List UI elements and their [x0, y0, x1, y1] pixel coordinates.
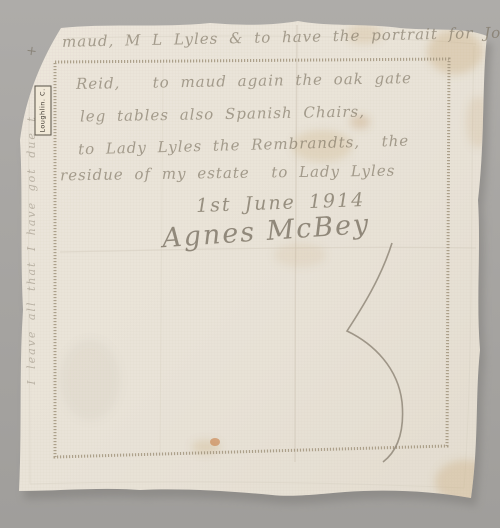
- margin-cross-mark: +: [25, 43, 38, 59]
- photo-background: maud, M L Lyles & to have the portrait f…: [0, 0, 500, 528]
- collection-stamp: Loughlin. C. 8: [35, 86, 52, 136]
- rust-spot: [210, 438, 220, 446]
